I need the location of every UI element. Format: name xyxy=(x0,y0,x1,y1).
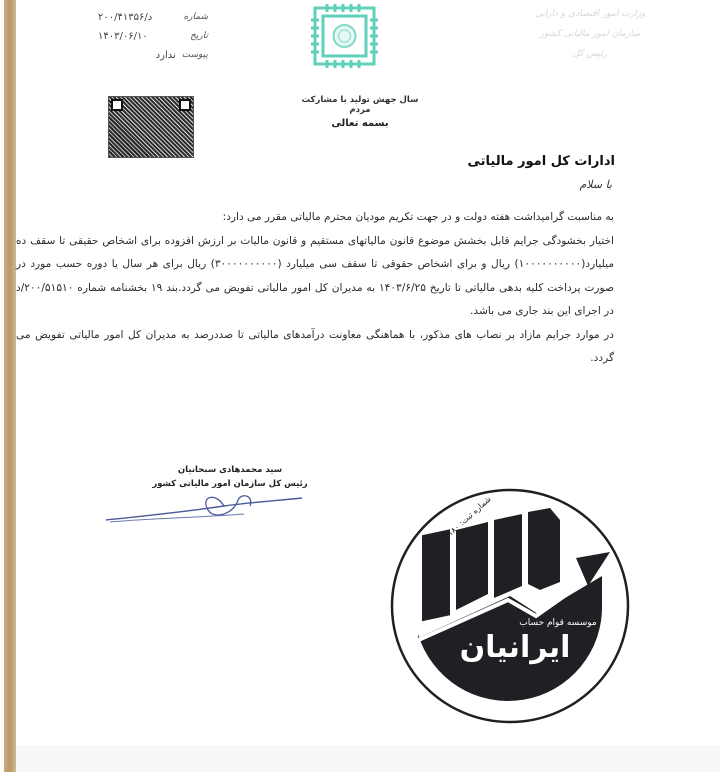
signatory-name: سید محمدهادی سبحانیان xyxy=(130,465,330,475)
salutation: با سلام xyxy=(579,178,612,191)
qr-code xyxy=(108,96,194,158)
bismillah-heading: بسمه تعالی xyxy=(290,118,430,129)
letter-date-row: تاریخ ۱۴۰۳/۰۶/۱۰ xyxy=(98,27,208,46)
faded-organization-header: وزارت امور اقتصادی و دارایی سازمان امور … xyxy=(500,4,680,64)
letter-body: به مناسبت گرامیداشت هفته دولت و در جهت ت… xyxy=(16,206,614,371)
letter-meta: شماره د/۲۰۰/۴۱۳۵۶ تاریخ ۱۴۰۳/۰۶/۱۰ پیوست… xyxy=(98,8,208,65)
letter-date-value: ۱۴۰۳/۰۶/۱۰ xyxy=(98,27,148,46)
letter-number-row: شماره د/۲۰۰/۴۱۳۵۶ xyxy=(98,8,208,27)
page-bottom-edge xyxy=(16,745,720,772)
letter-number-label: شماره xyxy=(183,8,208,27)
faded-header-line-3: رئیس کل xyxy=(500,44,680,64)
letter-attachment-label: پیوست xyxy=(182,46,208,65)
body-paragraph-excess: در موارد جرایم مازاد بر نصاب های مذکور، … xyxy=(16,324,614,371)
signature-block: سید محمدهادی سبحانیان رئیس کل سازمان امو… xyxy=(130,465,330,489)
body-paragraph-main: اختیار بخشودگی جرایم قابل بخشش موضوع قان… xyxy=(16,230,614,324)
letter-number-value: د/۲۰۰/۴۱۳۵۶ xyxy=(98,8,152,27)
letter-date-label: تاریخ xyxy=(190,27,208,46)
logo-institute-label: موسسه قوام حساب xyxy=(508,618,608,628)
logo-brand-name: ایرانیان xyxy=(440,630,590,665)
letter-attachment-row: پیوست ندارد xyxy=(98,46,208,65)
year-motto: سال جهش تولید با مشارکت مردم xyxy=(290,95,430,115)
faded-header-line-2: سازمان امور مالیاتی کشور xyxy=(500,24,680,44)
handwritten-signature-icon xyxy=(104,488,304,528)
ghavam-hesab-logo-icon xyxy=(390,486,630,726)
tax-organization-emblem-icon xyxy=(307,0,382,72)
faded-header-line-1: وزارت امور اقتصادی و دارایی xyxy=(500,4,680,24)
left-frame-border xyxy=(4,0,16,772)
recipient-heading: ادارات کل امور مالیاتی xyxy=(467,154,615,169)
letter-attachment-value: ندارد xyxy=(156,46,176,65)
body-paragraph-intro: به مناسبت گرامیداشت هفته دولت و در جهت ت… xyxy=(16,206,614,230)
